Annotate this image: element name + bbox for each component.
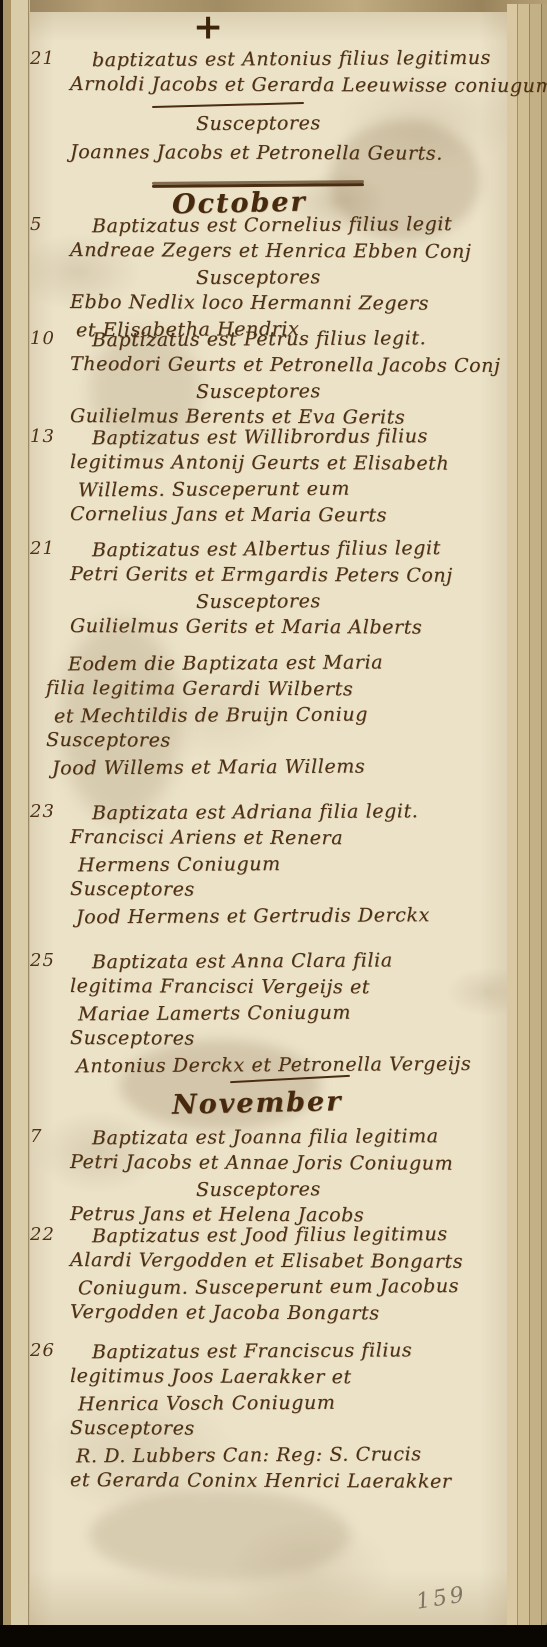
entry-day-number: 26 xyxy=(30,1340,70,1361)
entry-body: Baptizata est Anna Clara filialegitima F… xyxy=(78,948,516,1078)
entry-body: Baptizata est Adriana filia legit.Franci… xyxy=(78,799,516,929)
sponsors-line: Guilielmus Gerits et Maria Alberts xyxy=(70,613,516,641)
entry-day-number: 5 xyxy=(30,214,70,235)
cross-mark: + xyxy=(193,7,223,47)
entry-body: Baptizatus est Cornelius filius legitAnd… xyxy=(78,212,516,342)
entry-line: Andreae Zegers et Henrica Ebben Conj xyxy=(70,237,516,265)
entry-line: Mariae Lamerts Coniugum xyxy=(78,999,516,1028)
baptism-entry: 13Baptizatus est Willibrordus filiuslegi… xyxy=(78,424,516,528)
entry-line: legitimus Antonij Geurts et Elisabeth xyxy=(70,449,516,477)
susceptores-label: Susceptores xyxy=(196,587,516,615)
entry-line: legitimus Joos Laerakker et xyxy=(70,1363,516,1391)
entry-line: Baptizatus est Cornelius filius legit xyxy=(78,211,516,240)
entry-day-number: 23 xyxy=(30,801,70,822)
entry-line: Baptizatus est Petrus filius legit. xyxy=(78,325,516,354)
baptism-entry: 21baptizatus est Antonius filius legitim… xyxy=(78,46,516,166)
entry-body: Baptizatus est Albertus filius legitPetr… xyxy=(78,536,516,640)
entry-line: Arnoldi Jacobs et Gerarda Leeuwisse coni… xyxy=(70,71,516,99)
entry-line: Petri Jacobs et Annae Joris Coniugum xyxy=(70,1149,516,1177)
manuscript-scan: + 21baptizatus est Antonius filius legit… xyxy=(0,0,547,1647)
baptism-entry: 21Baptizatus est Albertus filius legitPe… xyxy=(78,536,516,640)
sponsors-line: R. D. Lubbers Can: Reg: S. Crucis xyxy=(76,1441,516,1470)
entry-line: Baptizata est Anna Clara filia xyxy=(78,947,516,976)
sponsors-line: Antonius Derckx et Petronella Vergeijs xyxy=(76,1051,516,1080)
entry-day-number: 7 xyxy=(30,1126,70,1147)
entry-line: Petri Gerits et Ermgardis Peters Conj xyxy=(70,561,516,589)
entry-line: Baptizata est Adriana filia legit. xyxy=(78,798,516,827)
entry-day-number: 13 xyxy=(30,426,70,447)
sponsors-line: Cornelius Jans et Maria Geurts xyxy=(70,501,516,529)
sponsors-line: Ebbo Nedlix loco Hermanni Zegers xyxy=(70,289,516,317)
entry-line: Baptizatus est Albertus filius legit xyxy=(78,535,516,564)
entry-line: Henrica Vosch Coniugum xyxy=(78,1389,516,1418)
susceptores-label: Susceptores xyxy=(196,263,516,291)
susceptores-label: Susceptores xyxy=(70,876,516,904)
sponsors-line: Joannes Jacobs et Petronella Geurts. xyxy=(70,139,516,167)
entry-line: Baptizatus est Willibrordus filius xyxy=(78,423,516,452)
susceptores-label: Susceptores xyxy=(70,1415,516,1443)
entry-line: baptizatus est Antonius filius legitimus xyxy=(78,45,516,74)
baptism-entry: 5Baptizatus est Cornelius filius legitAn… xyxy=(78,212,516,342)
entry-line: filia legitima Gerardi Wilberts xyxy=(46,675,516,703)
baptism-entry: 10Baptizatus est Petrus filius legit.The… xyxy=(78,326,516,430)
entry-body: Baptizata est Joanna filia legitimaPetri… xyxy=(78,1124,516,1228)
entry-body: Baptizatus est Jood filius legitimusAlar… xyxy=(78,1222,516,1326)
sponsors-line: Jood Hermens et Gertrudis Derckx xyxy=(76,902,516,931)
entry-line: Alardi Vergodden et Elisabet Bongarts xyxy=(70,1247,516,1275)
susceptores-label: Susceptores xyxy=(196,1175,516,1203)
entry-line: Eodem die Baptizata est Maria xyxy=(54,649,516,678)
baptism-entry: 23Baptizata est Adriana filia legit.Fran… xyxy=(78,799,516,929)
susceptores-label: Susceptores xyxy=(46,727,516,755)
entry-body: baptizatus est Antonius filius legitimus… xyxy=(78,46,516,166)
entry-day-number: 25 xyxy=(30,950,70,971)
baptism-entry: Eodem die Baptizata est Mariafilia legit… xyxy=(78,650,516,780)
baptism-entry: 25Baptizata est Anna Clara filialegitima… xyxy=(78,948,516,1078)
sponsors-line: et Gerarda Coninx Henrici Laerakker xyxy=(70,1467,516,1495)
entry-line: legitima Francisci Vergeijs et xyxy=(70,973,516,1001)
entry-line: Francisci Ariens et Renera xyxy=(70,824,516,852)
entry-line: Willems. Susceperunt eum xyxy=(78,475,516,504)
entry-day-number: 21 xyxy=(30,538,70,559)
entry-day-number: 10 xyxy=(30,328,70,349)
entry-line: Vergodden et Jacoba Bongarts xyxy=(70,1299,516,1327)
entry-line: Baptizatus est Jood filius legitimus xyxy=(78,1221,516,1250)
register-page-content: + 21baptizatus est Antonius filius legit… xyxy=(0,0,547,1647)
entry-body: Eodem die Baptizata est Mariafilia legit… xyxy=(54,650,516,780)
entry-day-number: 22 xyxy=(30,1224,70,1245)
susceptores-label: Susceptores xyxy=(70,1025,516,1053)
page-number: 159 xyxy=(414,1582,468,1615)
entry-line: et Mechtildis de Bruijn Coniug xyxy=(54,701,516,730)
susceptores-label: Susceptores xyxy=(196,109,516,137)
baptism-entry: 22Baptizatus est Jood filius legitimusAl… xyxy=(78,1222,516,1326)
entry-day-number: 21 xyxy=(30,48,70,69)
entry-body: Baptizatus est Franciscus filiuslegitimu… xyxy=(78,1338,516,1494)
entry-line: Baptizata est Joanna filia legitima xyxy=(78,1123,516,1152)
entry-body: Baptizatus est Willibrordus filiuslegiti… xyxy=(78,424,516,528)
baptism-entry: 7Baptizata est Joanna filia legitimaPetr… xyxy=(78,1124,516,1228)
entry-line: Theodori Geurts et Petronella Jacobs Con… xyxy=(70,351,516,379)
entry-line: Hermens Coniugum xyxy=(78,850,516,879)
sponsors-line: Jood Willems et Maria Willems xyxy=(52,753,516,782)
entry-line: Baptizatus est Franciscus filius xyxy=(78,1337,516,1366)
susceptores-label: Susceptores xyxy=(196,377,516,405)
entry-body: Baptizatus est Petrus filius legit.Theod… xyxy=(78,326,516,430)
entry-line: Coniugum. Susceperunt eum Jacobus xyxy=(78,1273,516,1302)
baptism-entry: 26Baptizatus est Franciscus filiuslegiti… xyxy=(78,1338,516,1494)
month-heading: November xyxy=(172,1086,343,1121)
